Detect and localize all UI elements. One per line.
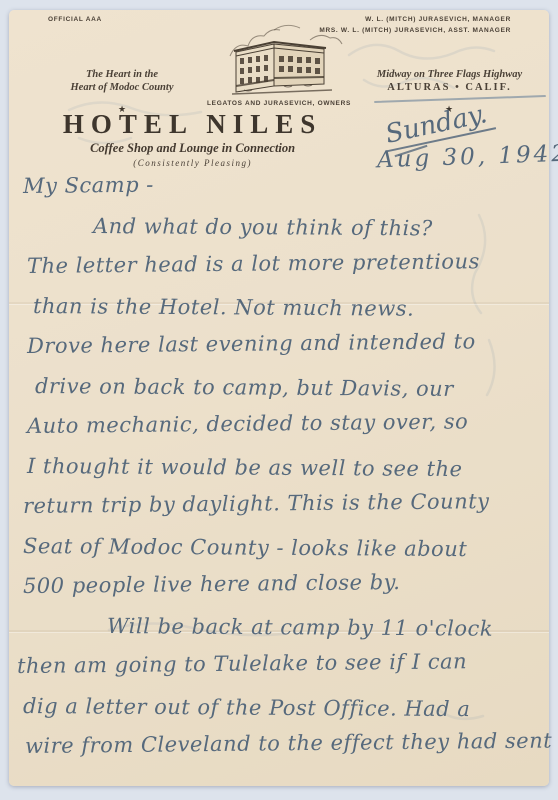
hotel-building-illustration	[214, 20, 344, 100]
letter-body: My Scamp - And what do you think of this…	[9, 166, 549, 766]
handwriting-line: 500 people live here and close by.	[23, 560, 549, 606]
manager-credits: W. L. (MITCH) JURASEVICH, MANAGER MRS. W…	[319, 14, 511, 36]
right-tagline-line1: Midway on Three Flags Highway	[357, 68, 542, 81]
handwriting-line: wire from Cleveland to the effect they h…	[25, 721, 549, 766]
handwriting-line: Auto mechanic, decided to stay over, so	[27, 401, 549, 446]
manager-line: W. L. (MITCH) JURASEVICH, MANAGER	[319, 14, 511, 25]
assistant-manager-line: MRS. W. L. (MITCH) JURASEVICH, ASST. MAN…	[319, 25, 511, 36]
handwriting-line: The letter head is a lot more pretentiou…	[27, 241, 549, 286]
hotel-subtitle: Coffee Shop and Lounge in Connection	[9, 141, 376, 156]
left-tagline-line1: The Heart in the	[37, 68, 207, 81]
handwriting-line: then am going to Tulelake to see if I ca…	[17, 640, 549, 686]
left-tagline-line2: Heart of Modoc County	[37, 81, 207, 94]
hotel-name-title: HOTEL NILES	[9, 109, 376, 140]
city-line: ALTURAS • CALIF.	[357, 81, 542, 94]
official-aaa-label: OFFICIAL AAA	[48, 16, 102, 23]
handwriting-line: Drove here last evening and intended to	[27, 321, 549, 366]
letter-paper: OFFICIAL AAA W. L. (MITCH) JURASEVICH, M…	[9, 10, 549, 786]
scanned-letter-page: { "letterhead": { "official_label": "OFF…	[0, 0, 558, 800]
handwriting-line: return trip by daylight. This is the Cou…	[23, 480, 549, 526]
right-tagline: Midway on Three Flags Highway ALTURAS • …	[357, 68, 542, 94]
left-tagline: The Heart in the Heart of Modoc County	[37, 68, 207, 94]
greeting-line: My Scamp -	[23, 160, 549, 206]
